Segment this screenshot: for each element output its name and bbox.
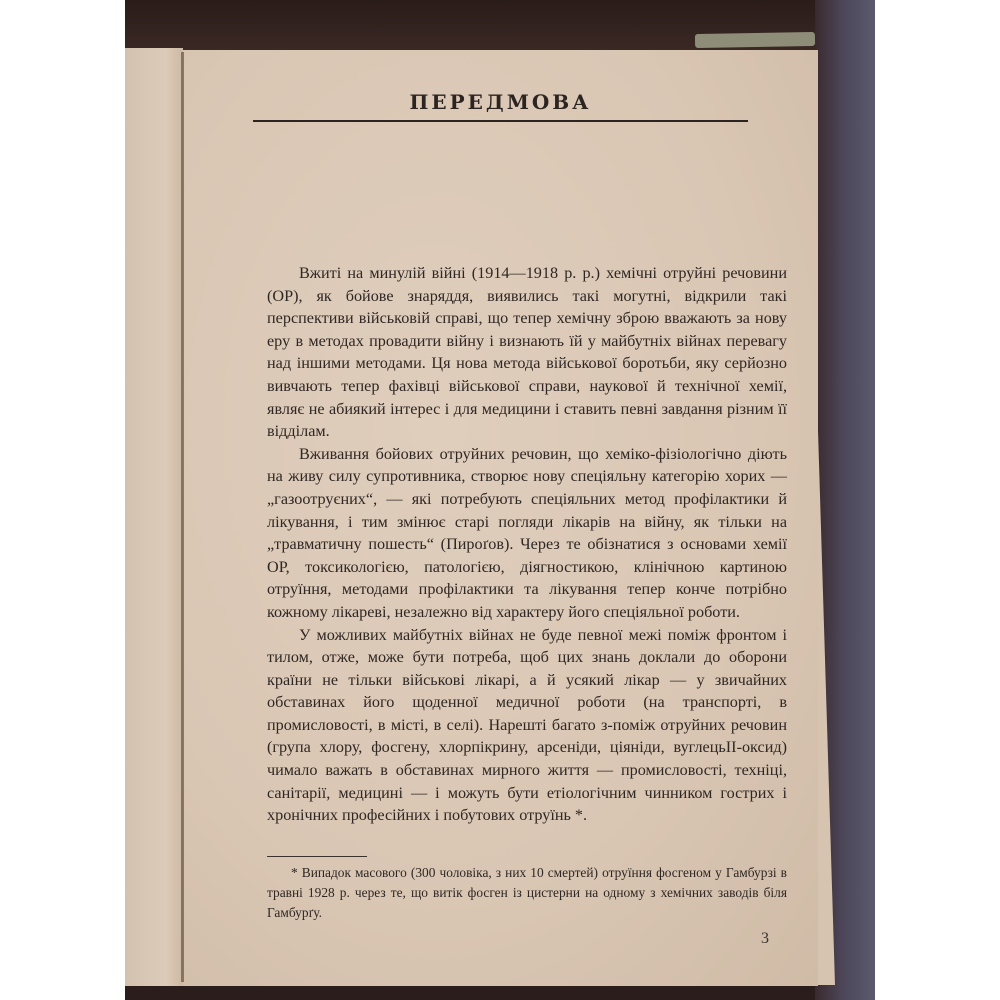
book-cover-edge: [695, 32, 815, 48]
body-text: Вжиті на минулій війні (1914—1918 р. р.)…: [267, 262, 787, 827]
book-page: ПЕРЕДМОВА Вжиті на минулій війні (1914—1…: [183, 50, 818, 986]
title-rule: [253, 120, 748, 122]
paragraph: У можливих майбутніх війнах не буде певн…: [267, 624, 787, 827]
page-number: 3: [761, 930, 769, 948]
footnote: * Випадок масового (300 чоловіка, з них …: [267, 863, 787, 923]
paragraph: Вжиті на минулій війні (1914—1918 р. р.)…: [267, 262, 787, 443]
book-photo: ПЕРЕДМОВА Вжиті на минулій війні (1914—1…: [125, 0, 875, 1000]
footnote-rule: [267, 856, 367, 857]
left-page-edge: [125, 48, 183, 986]
page-title: ПЕРЕДМОВА: [183, 90, 818, 114]
book-gutter: [181, 52, 184, 982]
paragraph: Вживання бойових отруйних речовин, що хе…: [267, 443, 787, 624]
